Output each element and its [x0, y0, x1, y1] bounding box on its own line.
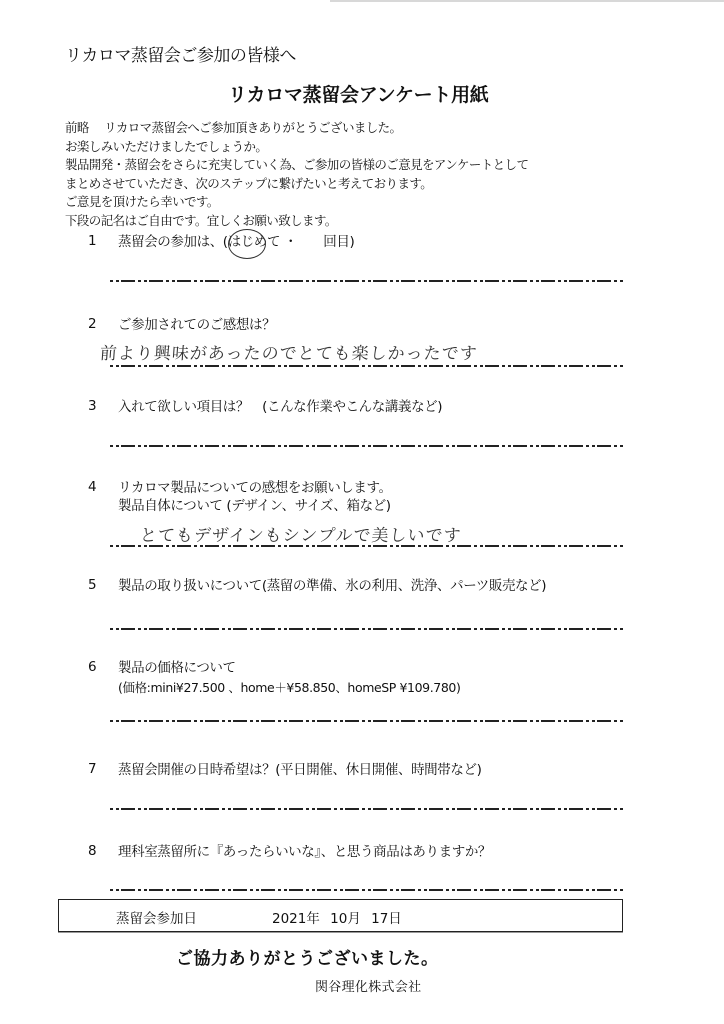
question-subtext: 製品自体について (デザイン、サイズ、箱など) [118, 497, 391, 516]
participation-date-value[interactable]: 2021年 10月 17日 [272, 907, 402, 927]
intro-line: 前略 リカロマ蒸留会へご参加頂きありがとうございました。 [65, 119, 528, 138]
intro-line: 製品開発・蒸留会をさらに充実していく為、ご参加の皆様のご意見をアンケートとして [65, 156, 528, 175]
form-title: リカロマ蒸留会アンケート用紙 [228, 80, 488, 107]
answer-line[interactable] [110, 545, 623, 547]
thanks-message: ご協力ありがとうございました。 [176, 944, 439, 969]
answer-line[interactable] [110, 445, 623, 447]
question-number: 3 [88, 398, 97, 414]
handwritten-circle-mark [228, 229, 266, 259]
scan-edge [330, 0, 724, 2]
question-number: 5 [88, 577, 97, 593]
question-number: 8 [88, 843, 97, 859]
answer-line[interactable] [110, 808, 623, 810]
intro-line: お楽しみいただけましたでしょうか。 [65, 138, 528, 157]
question-text: 蒸留会開催の日時希望は？(平日開催、休日開催、時間帯など) [118, 761, 481, 780]
answer-line[interactable] [110, 365, 623, 367]
answer-line[interactable] [110, 889, 623, 891]
handwritten-answer[interactable]: 前より興味があったのでとても楽しかったです [99, 339, 479, 364]
question-number: 7 [88, 761, 97, 777]
intro-line: ご意見を頂けたら幸いです。 [65, 193, 528, 212]
answer-line[interactable] [110, 720, 623, 722]
answer-line[interactable] [110, 280, 623, 282]
intro-line: 下段の記名はご自由です。宜しくお願い致します。 [65, 212, 528, 231]
handwritten-answer[interactable]: とてもデザインもシンプルで美しいです [139, 521, 462, 546]
question-text: 入れて欲しい項目は？ (こんな作業やこんな講義など) [118, 398, 442, 417]
intro-line: まとめさせていただき、次のステップに繋げたいと考えております。 [65, 175, 528, 194]
question-text: 理科室蒸留所に『あったらいいな』、と思う商品はありますか？ [118, 843, 491, 862]
question-number: 6 [88, 659, 97, 675]
greeting: リカロマ蒸留会ご参加の皆様へ [65, 41, 296, 66]
price-list: (価格:mini¥27.500 、home＋¥58.850、homeSP ¥10… [118, 678, 460, 697]
participation-date-box: 蒸留会参加日 2021年 10月 17日 [58, 899, 623, 932]
answer-line[interactable] [110, 628, 623, 630]
question-number: 4 [88, 479, 97, 495]
question-text: ご参加されてのご感想は？ [118, 316, 275, 335]
question-number: 1 [88, 233, 97, 249]
intro-text: 前略 リカロマ蒸留会へご参加頂きありがとうございました。 お楽しみいただけました… [65, 119, 528, 231]
question-text: 製品の取り扱いについて(蒸留の準備、氷の利用、洗浄、パーツ販売など) [118, 577, 546, 596]
participation-date-label: 蒸留会参加日 [116, 907, 197, 927]
question-text: 製品の価格について [118, 659, 236, 678]
question-text: リカロマ製品についての感想をお願いします。 [118, 479, 392, 498]
question-number: 2 [88, 316, 97, 332]
company-name: 関谷理化株式会社 [315, 976, 421, 995]
